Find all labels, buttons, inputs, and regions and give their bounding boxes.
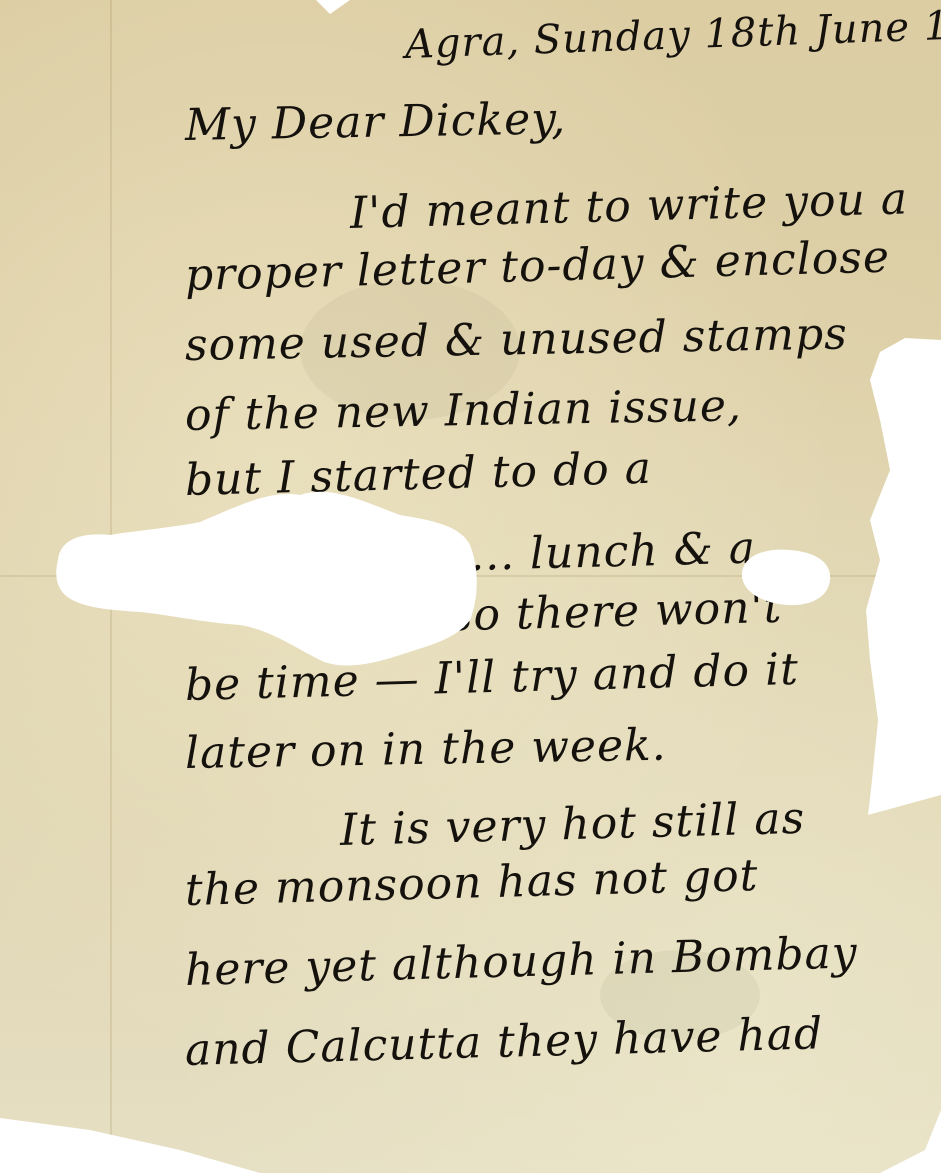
- letter-line: It is very hot still as: [339, 793, 805, 856]
- letter-line: proper letter to-day & enclose: [184, 232, 890, 301]
- letter-line: ... lunch & a ...: [469, 521, 816, 581]
- letter-line: be time — I'll try and do it: [184, 644, 799, 711]
- letter-salutation: My Dear Dickey,: [185, 93, 567, 151]
- letter-line: some used & unused stamps: [185, 308, 849, 371]
- letter-line: later on in the week.: [185, 720, 668, 779]
- letter-dateline: Agra, Sunday 18th June 1950: [404, 0, 941, 68]
- letter-sheet: Agra, Sunday 18th June 1950 My Dear Dick…: [0, 0, 941, 1173]
- letter-line: and Calcutta they have had: [184, 1008, 823, 1076]
- letter-line: the monsoon has not got: [184, 850, 759, 916]
- vertical-fold-crease: [110, 0, 112, 1173]
- letter-line: ... so there won't: [389, 582, 783, 643]
- letter-line: of the new Indian issue,: [185, 380, 743, 441]
- letter-line: but I started to do a: [184, 443, 652, 506]
- letter-line: I'd meant to write you a: [349, 173, 908, 239]
